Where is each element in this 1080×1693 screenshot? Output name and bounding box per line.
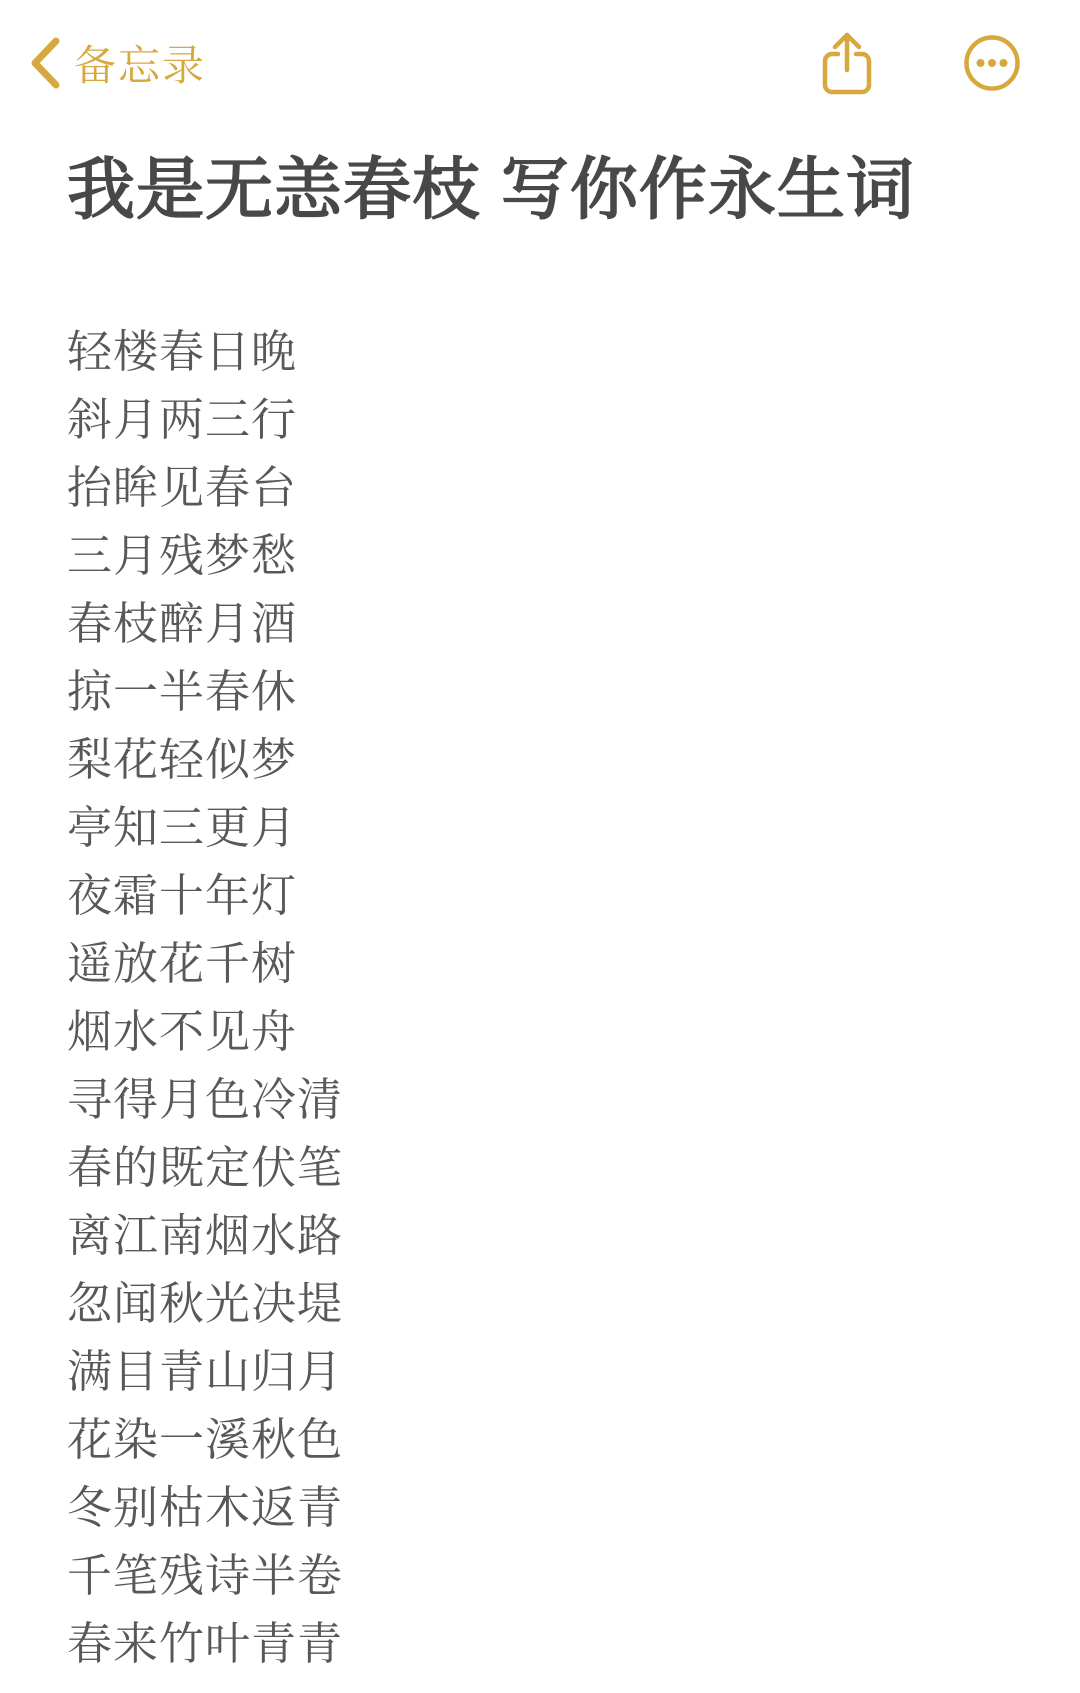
note-body[interactable]: 轻楼春日晚斜月两三行抬眸见春台三月残梦愁春枝醉月酒掠一半春休梨花轻似梦亭知三更月… xyxy=(0,318,1080,1678)
poem-line: 遥放花千树 xyxy=(67,930,1020,998)
poem-line: 离江南烟水路 xyxy=(67,1202,1020,1270)
poem-line: 梨花轻似梦 xyxy=(67,726,1020,794)
ellipsis-circle-icon xyxy=(963,34,1021,92)
poem-line: 夜霜十年灯 xyxy=(67,862,1020,930)
nav-bar: 备忘录 xyxy=(0,0,1080,96)
poem-line: 冬别枯木返青 xyxy=(67,1474,1020,1542)
share-button[interactable] xyxy=(819,30,875,96)
poem-line: 寻得月色冷清 xyxy=(67,1066,1020,1134)
poem-line: 三月残梦愁 xyxy=(67,522,1020,590)
poem-line: 亭知三更月 xyxy=(67,794,1020,862)
poem-line: 忽闻秋光决堤 xyxy=(67,1270,1020,1338)
poem-line: 花染一溪秋色 xyxy=(67,1406,1020,1474)
more-button[interactable] xyxy=(963,34,1021,92)
chevron-left-icon xyxy=(30,37,60,89)
poem-line: 春来竹叶青青 xyxy=(67,1610,1020,1678)
poem-line: 满目青山归月 xyxy=(67,1338,1020,1406)
poem-line: 抬眸见春台 xyxy=(67,454,1020,522)
poem-line: 春的既定伏笔 xyxy=(67,1134,1020,1202)
poem-line: 春枝醉月酒 xyxy=(67,590,1020,658)
poem-line: 掠一半春休 xyxy=(67,658,1020,726)
poem-line: 千笔残诗半卷 xyxy=(67,1542,1020,1610)
back-button-label: 备忘录 xyxy=(74,33,206,93)
poem-line: 烟水不见舟 xyxy=(67,998,1020,1066)
poem-line: 斜月两三行 xyxy=(67,386,1020,454)
back-button[interactable]: 备忘录 xyxy=(30,33,206,93)
poem-line: 轻楼春日晚 xyxy=(67,318,1020,386)
note-title[interactable]: 我是无恙春枝 写你作永生词 xyxy=(0,150,1080,230)
share-icon xyxy=(819,30,875,96)
